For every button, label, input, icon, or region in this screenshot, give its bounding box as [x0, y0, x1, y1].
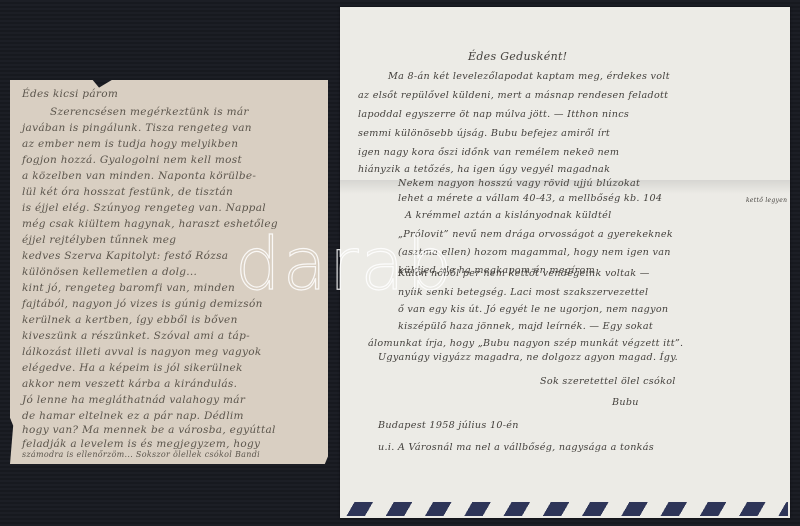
right-letter-line: semmi különösebb újság. Bubu befejez ami…	[358, 128, 610, 139]
right-letter-margin-note: kettő legyen	[746, 197, 787, 204]
left-letter-line: hogy van? Ma mennek be a városba, egyútt…	[22, 424, 276, 436]
watermark-text: darab	[235, 222, 454, 306]
left-letter-line: kint jó, rengeteg baromfi van, minden	[22, 282, 235, 294]
right-letter-line: A krémmel aztán a kislányodnak küldtél	[405, 210, 611, 221]
right-letter-line: igen nagy kora őszi időnk van remélem ne…	[358, 147, 619, 158]
left-letter-line: elégedve. Ha a képeim is jól sikerülnek	[22, 362, 243, 374]
right-letter-line: álomunkat írja, hogy „Bubu nagyon szép m…	[368, 338, 683, 349]
right-letter-line: lehet a mérete a vállam 40-43, a mellbős…	[398, 193, 662, 204]
left-letter-line: kiveszünk a részünket. Szóval ami a táp-	[22, 330, 250, 342]
right-letter-line: Ugyanúgy vigyázz magadra, ne dolgozz agy…	[378, 352, 678, 363]
right-letter-closing: Sok szeretettel ölel csókol	[540, 376, 676, 387]
left-letter-line: de hamar eltelnek ez a pár nap. Dédlim	[22, 410, 244, 422]
left-letter-greeting: Édes kicsi párom	[22, 88, 118, 100]
right-letter-line: Nekem nagyon hosszú vagy rövid ujjú blúz…	[398, 178, 640, 189]
left-letter-line: lálkozást illeti avval is nagyon meg vag…	[22, 346, 262, 358]
left-letter-line: a közelben van minden. Naponta körülbe-	[22, 170, 256, 182]
right-letter-greeting: Édes Gedusként!	[468, 50, 567, 63]
left-letter-line: éjjel rejtélyben tűnnek meg	[22, 234, 176, 246]
left-letter-line: különösen kellemetlen a dolg...	[22, 266, 197, 278]
left-letter-line: kedves Szerva Kapitolyt: festő Rózsa	[22, 250, 228, 262]
right-letter-date: Budapest 1958 július 10-én	[378, 420, 519, 431]
right-letter-line: az elsőt repülővel küldeni, mert a másna…	[358, 90, 668, 101]
right-letter-signature: Bubu	[612, 397, 639, 408]
left-letter-line: Jó lenne ha megláthatnád valahogy már	[22, 394, 245, 406]
left-letter-line: javában is pingálunk. Tisza rengeteg van	[22, 122, 252, 134]
left-letter-line: akkor nem veszett kárba a kirándulás.	[22, 378, 237, 390]
right-letter-line: Ma 8-án két levelezőlapodat kaptam meg, …	[388, 71, 670, 82]
left-letter-line: kerülnek a kertben, így ebből is bőven	[22, 314, 238, 326]
airmail-stripe-border	[343, 502, 788, 516]
left-letter-line: feladják a levelem is és megjegyzem, hog…	[22, 438, 260, 450]
right-letter-line: lapoddal egyszerre öt nap múlva jött. — …	[358, 109, 629, 120]
right-letter-line: kiszépülő haza jönnek, majd leírnék. — E…	[398, 321, 653, 332]
right-letter-postscript: u.i. A Városnál ma nel a vállbőség, nagy…	[378, 442, 654, 453]
left-letter-line: fogjon hozzá. Gyalogolni nem kell most	[22, 154, 242, 166]
left-letter-line: lül két óra hosszat festünk, de tisztán	[22, 186, 233, 198]
left-letter-line: számodra is ellenőrzöm... Sokszor ölelle…	[22, 450, 260, 459]
left-letter-line: Szerencsésen megérkeztünk is már	[50, 106, 249, 118]
right-letter-line: hiányzik a tetőzés, ha igen úgy vegyél m…	[358, 164, 610, 175]
left-letter-line: is éjjel elég. Szúnyog rengeteg van. Nap…	[22, 202, 266, 214]
left-letter-line: fajtából, nagyon jó vizes is gúnig demiz…	[22, 298, 263, 310]
left-letter-line: az ember nem is tudja hogy melyikben	[22, 138, 238, 150]
